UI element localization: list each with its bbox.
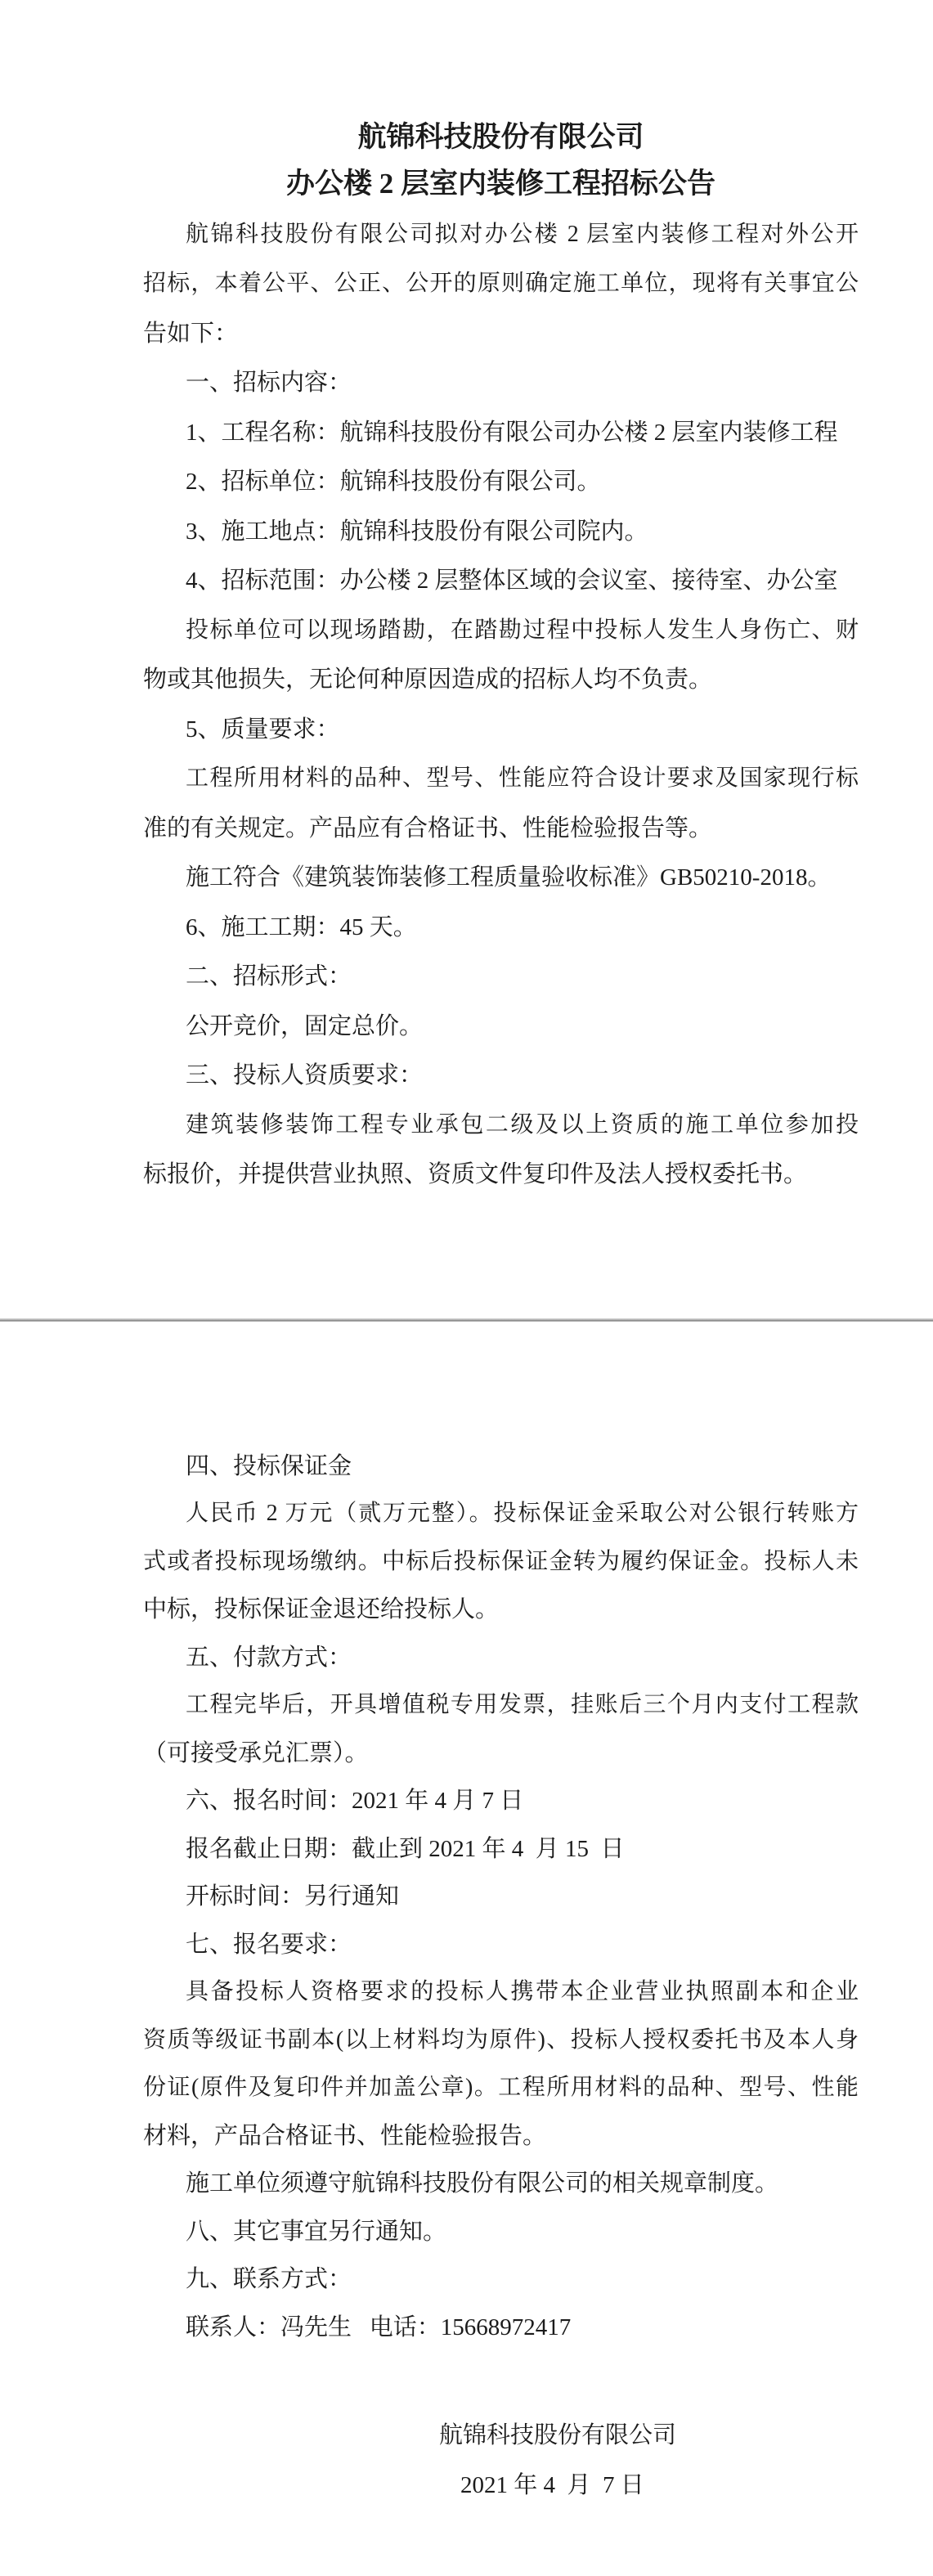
- doc-text-line: 人民币 2 万元（贰万元整）。投标保证金采取公对公银行转账方: [143, 1488, 859, 1539]
- doc-text-line: 五、付款方式：: [143, 1632, 859, 1683]
- doc-title-line: 办公楼 2 层室内装修工程招标公告: [143, 159, 859, 209]
- doc-text-line: 3、施工地点：航锦科技股份有限公司院内。: [143, 506, 859, 557]
- doc-text-line: 4、招标范围：办公楼 2 层整体区域的会议室、接待室、办公室: [143, 555, 859, 606]
- doc-text-line: 1、工程名称：航锦科技股份有限公司办公楼 2 层室内装修工程: [143, 407, 859, 458]
- doc-text-line: 施工单位须遵守航锦科技股份有限公司的相关规章制度。: [143, 2158, 859, 2209]
- doc-text-line: 告如下：: [143, 308, 859, 359]
- doc-text-line: 材料，产品合格证书、性能检验报告。: [143, 2111, 859, 2161]
- doc-text-line: 开标时间：另行通知: [143, 1871, 859, 1922]
- doc-title-line: 航锦科技股份有限公司: [143, 112, 859, 163]
- doc-text-line: 中标，投标保证金退还给投标人。: [143, 1584, 859, 1635]
- doc-text-line: （可接受承兑汇票）。: [143, 1728, 859, 1779]
- doc-text-line: 四、投标保证金: [143, 1441, 859, 1492]
- doc-text-line: 具备投标人资格要求的投标人携带本企业营业执照副本和企业: [143, 1967, 859, 2017]
- document-viewport: 航锦科技股份有限公司办公楼 2 层室内装修工程招标公告航锦科技股份有限公司拟对办…: [0, 0, 933, 2576]
- doc-text-line: 工程完毕后，开具增值税专用发票，挂账后三个月内支付工程款: [143, 1680, 859, 1730]
- doc-text-line: 九、联系方式：: [143, 2254, 859, 2304]
- doc-text-line: 5、质量要求：: [143, 704, 859, 755]
- doc-text-line: 2、招标单位：航锦科技股份有限公司。: [143, 456, 859, 507]
- doc-text-line: 2021 年 4 月 7 日: [460, 2460, 918, 2511]
- doc-text-line: 报名截止日期：截止到 2021 年 4 月 15 日: [143, 1824, 859, 1874]
- doc-text-line: 准的有关规定。产品应有合格证书、性能检验报告等。: [143, 803, 859, 854]
- doc-text-line: 联系人：冯先生 电话：15668972417: [143, 2302, 859, 2353]
- doc-text-line: 一、招标内容：: [143, 357, 859, 408]
- doc-text-line: 六、报名时间：2021 年 4 月 7 日: [143, 1775, 859, 1826]
- doc-text-line: 公开竞价，固定总价。: [143, 1001, 859, 1052]
- page-separator: [0, 1318, 933, 1322]
- doc-text-line: 二、招标形式：: [143, 951, 859, 1002]
- doc-text-line: 施工符合《建筑装饰装修工程质量验收标准》GB50210-2018。: [143, 852, 859, 903]
- doc-text-line: 三、投标人资质要求：: [143, 1050, 859, 1101]
- doc-text-line: 八、其它事宜另行通知。: [143, 2206, 859, 2257]
- doc-text-line: 标报价，并提供营业执照、资质文件复印件及法人授权委托书。: [143, 1149, 859, 1200]
- doc-text-line: 物或其他损失，无论何种原因造成的招标人均不负责。: [143, 654, 859, 705]
- doc-text-line: 投标单位可以现场踏勘，在踏勘过程中投标人发生人身伤亡、财: [143, 605, 859, 656]
- doc-text-line: 6、施工工期：45 天。: [143, 902, 859, 953]
- doc-text-line: 招标，本着公平、公正、公开的原则确定施工单位，现将有关事宜公: [143, 258, 859, 309]
- doc-text-line: 份证(原件及复印件并加盖公章)。工程所用材料的品种、型号、性能: [143, 2062, 859, 2113]
- doc-text-line: 航锦科技股份有限公司拟对办公楼 2 层室内装修工程对外公开: [143, 209, 859, 260]
- doc-text-line: 工程所用材料的品种、型号、性能应符合设计要求及国家现行标: [143, 753, 859, 804]
- doc-text-line: 航锦科技股份有限公司: [439, 2410, 897, 2461]
- doc-text-line: 建筑装修装饰工程专业承包二级及以上资质的施工单位参加投: [143, 1100, 859, 1151]
- doc-text-line: 资质等级证书副本(以上材料均为原件)、投标人授权委托书及本人身: [143, 2015, 859, 2066]
- doc-text-line: 式或者投标现场缴纳。中标后投标保证金转为履约保证金。投标人未: [143, 1537, 859, 1587]
- doc-text-line: 七、报名要求：: [143, 1919, 859, 1970]
